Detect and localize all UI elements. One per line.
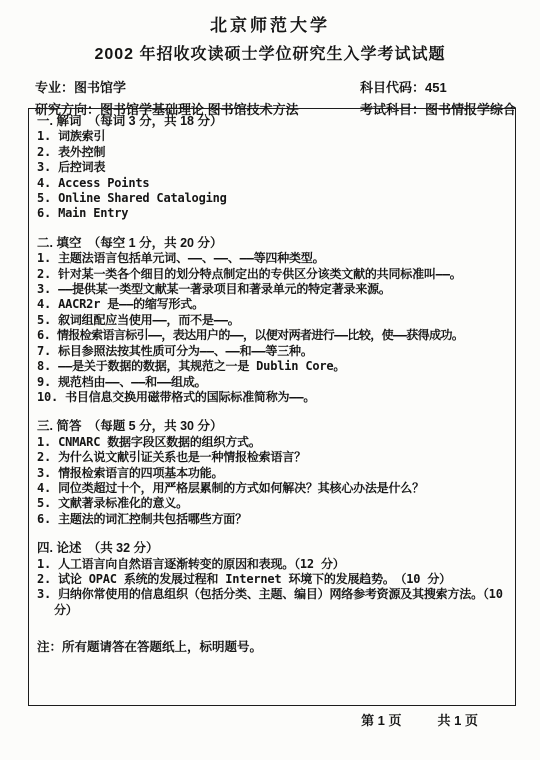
question-line: 4. Access Points xyxy=(37,176,511,191)
subject-code-field: 科目代码：451 xyxy=(360,77,532,96)
question-line: 7. 标目参照法按其性质可分为——、——和——等三种。 xyxy=(37,344,511,359)
section-heading: 二. 填空 （每空 1 分，共 20 分） xyxy=(37,236,511,251)
section-fill-in-blanks: 二. 填空 （每空 1 分，共 20 分） 1. 主题法语言包括单元词、——、—… xyxy=(37,236,511,405)
question-line: 2. 为什么说文献引证关系也是一种情报检索语言？ xyxy=(37,450,511,465)
question-line: 8. ——是关于数据的数据，其规范之一是 Dublin Core。 xyxy=(37,359,511,374)
exam-title: 2002 年招收攻读硕士学位研究生入学考试试题 xyxy=(0,41,540,64)
page-footer: 第 1 页 共 1 页 xyxy=(361,710,478,729)
section-heading: 四. 论述 （共 32 分） xyxy=(37,541,511,556)
question-line: 1. 词族索引 xyxy=(37,129,511,144)
section-heading: 三. 简答 （每题 5 分，共 30 分） xyxy=(37,419,511,434)
question-line: 3. 后控词表 xyxy=(37,160,511,175)
question-line: 4. 同位类超过十个，用严格层累制的方式如何解决？其核心办法是什么？ xyxy=(37,481,511,496)
question-line: 2. 表外控制 xyxy=(37,145,511,160)
question-line: 3. 归纳你常使用的信息组织（包括分类、主题、编目）网络参考资源及其搜索方法。（… xyxy=(37,587,511,618)
question-border-box: 一. 解词 （每词 3 分，共 18 分） 1. 词族索引 2. 表外控制 3.… xyxy=(28,108,516,706)
question-line: 2. 试论 OPAC 系统的发展过程和 Internet 环境下的发展趋势。 （… xyxy=(37,572,511,587)
question-line: 1. CNMARC 数据字段区数据的组织方式。 xyxy=(37,435,511,450)
section-essays: 四. 论述 （共 32 分） 1. 人工语言向自然语言逐渐转变的原因和表现。（1… xyxy=(37,541,511,618)
question-line: 6. Main Entry xyxy=(37,206,511,221)
section-heading: 一. 解词 （每词 3 分，共 18 分） xyxy=(37,114,511,129)
university-title: 北京师范大学 xyxy=(0,0,540,36)
section-definitions: 一. 解词 （每词 3 分，共 18 分） 1. 词族索引 2. 表外控制 3.… xyxy=(37,114,511,222)
question-line: 9. 规范档由——、——和——组成。 xyxy=(37,375,511,390)
question-line: 1. 主题法语言包括单元词、——、——、——等四种类型。 xyxy=(37,251,511,266)
answer-instruction-note: 注：所有题请答在答题纸上，标明题号。 xyxy=(37,640,511,655)
question-line: 5. Online Shared Cataloging xyxy=(37,191,511,206)
question-line: 10. 书目信息交换用磁带格式的国际标准简称为——。 xyxy=(37,390,511,405)
section-short-answers: 三. 简答 （每题 5 分，共 30 分） 1. CNMARC 数据字段区数据的… xyxy=(37,419,511,527)
question-line: 2. 针对某一类各个细目的划分特点制定出的专供区分该类文献的共同标准叫——。 xyxy=(37,267,511,282)
major-field: 专业：图书馆学 xyxy=(35,77,360,96)
page-number: 第 1 页 xyxy=(361,710,401,729)
question-line: 3. ——提供某一类型文献某一著录项目和著录单元的特定著录来源。 xyxy=(37,282,511,297)
question-line: 5. 叙词组配应当使用——，而不是——。 xyxy=(37,313,511,328)
question-line: 3. 情报检索语言的四项基本功能。 xyxy=(37,466,511,481)
question-line: 1. 人工语言向自然语言逐渐转变的原因和表现。（12 分） xyxy=(37,557,511,572)
page-total: 共 1 页 xyxy=(438,710,478,729)
question-line: 6. 情报检索语言标引——，表达用户的——，以便对两者进行——比较，使——获得成… xyxy=(37,328,511,343)
exam-paper-page: 北京师范大学 2002 年招收攻读硕士学位研究生入学考试试题 专业：图书馆学 科… xyxy=(0,0,540,760)
question-line: 6. 主题法的词汇控制共包括哪些方面？ xyxy=(37,512,511,527)
question-line: 5. 文献著录标准化的意义。 xyxy=(37,496,511,511)
question-line: 4. AACR2r 是——的缩写形式。 xyxy=(37,297,511,312)
